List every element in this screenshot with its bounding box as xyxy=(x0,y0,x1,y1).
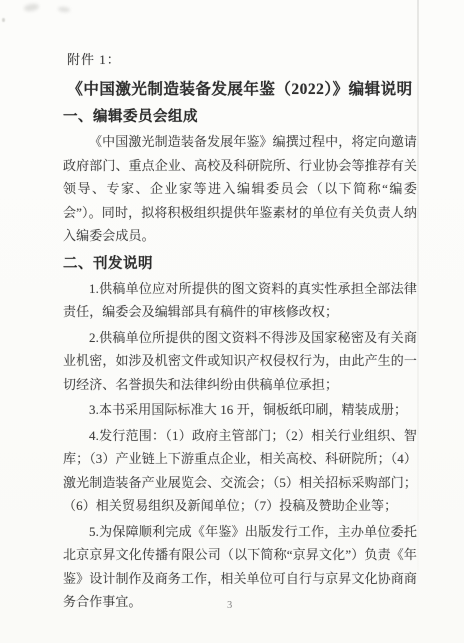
scan-speck xyxy=(2,18,5,22)
paragraph-note-4: 4.发行范围：（1）政府主管部门；（2）相关行业组织、智库；（3）产业链上下游重… xyxy=(63,424,417,518)
section-heading-committee: 一、编辑委员会组成 xyxy=(63,107,417,127)
attachment-label: 附件 1： xyxy=(63,50,417,70)
paragraph-note-1: 1.供稿单位应对所提供的图文资料的真实性承担全部法律责任，编委会及编辑部具有稿件… xyxy=(63,277,417,324)
scan-smudge xyxy=(58,6,70,12)
scan-smudge xyxy=(24,3,40,12)
paragraph-note-2: 2.供稿单位所提供的图文资料不得涉及国家秘密及有关商业机密，如涉及机密文件或知识… xyxy=(63,326,417,397)
paragraph-committee-intro: 《中国激光制造装备发展年鉴》编撰过程中，将定向邀请政府部门、重点企业、高校及科研… xyxy=(63,130,417,248)
scan-edge-line xyxy=(417,0,419,580)
paragraph-note-5: 5.为保障顺利完成《年鉴》出版发行工作，主办单位委托北京京昇文化传播有限公司（以… xyxy=(63,520,417,614)
section-heading-publication-notes: 二、刊发说明 xyxy=(63,254,417,274)
paragraph-note-3: 3.本书采用国际标准大 16 开，铜板纸印刷，精装成册； xyxy=(63,398,417,422)
document-title: 《中国激光制造装备发展年鉴（2022）》编辑说明 xyxy=(63,79,417,101)
page-number: 3 xyxy=(227,600,232,611)
document-body: 附件 1： 《中国激光制造装备发展年鉴（2022）》编辑说明 一、编辑委员会组成… xyxy=(63,50,417,616)
scanned-document-page: 附件 1： 《中国激光制造装备发展年鉴（2022）》编辑说明 一、编辑委员会组成… xyxy=(0,0,464,643)
